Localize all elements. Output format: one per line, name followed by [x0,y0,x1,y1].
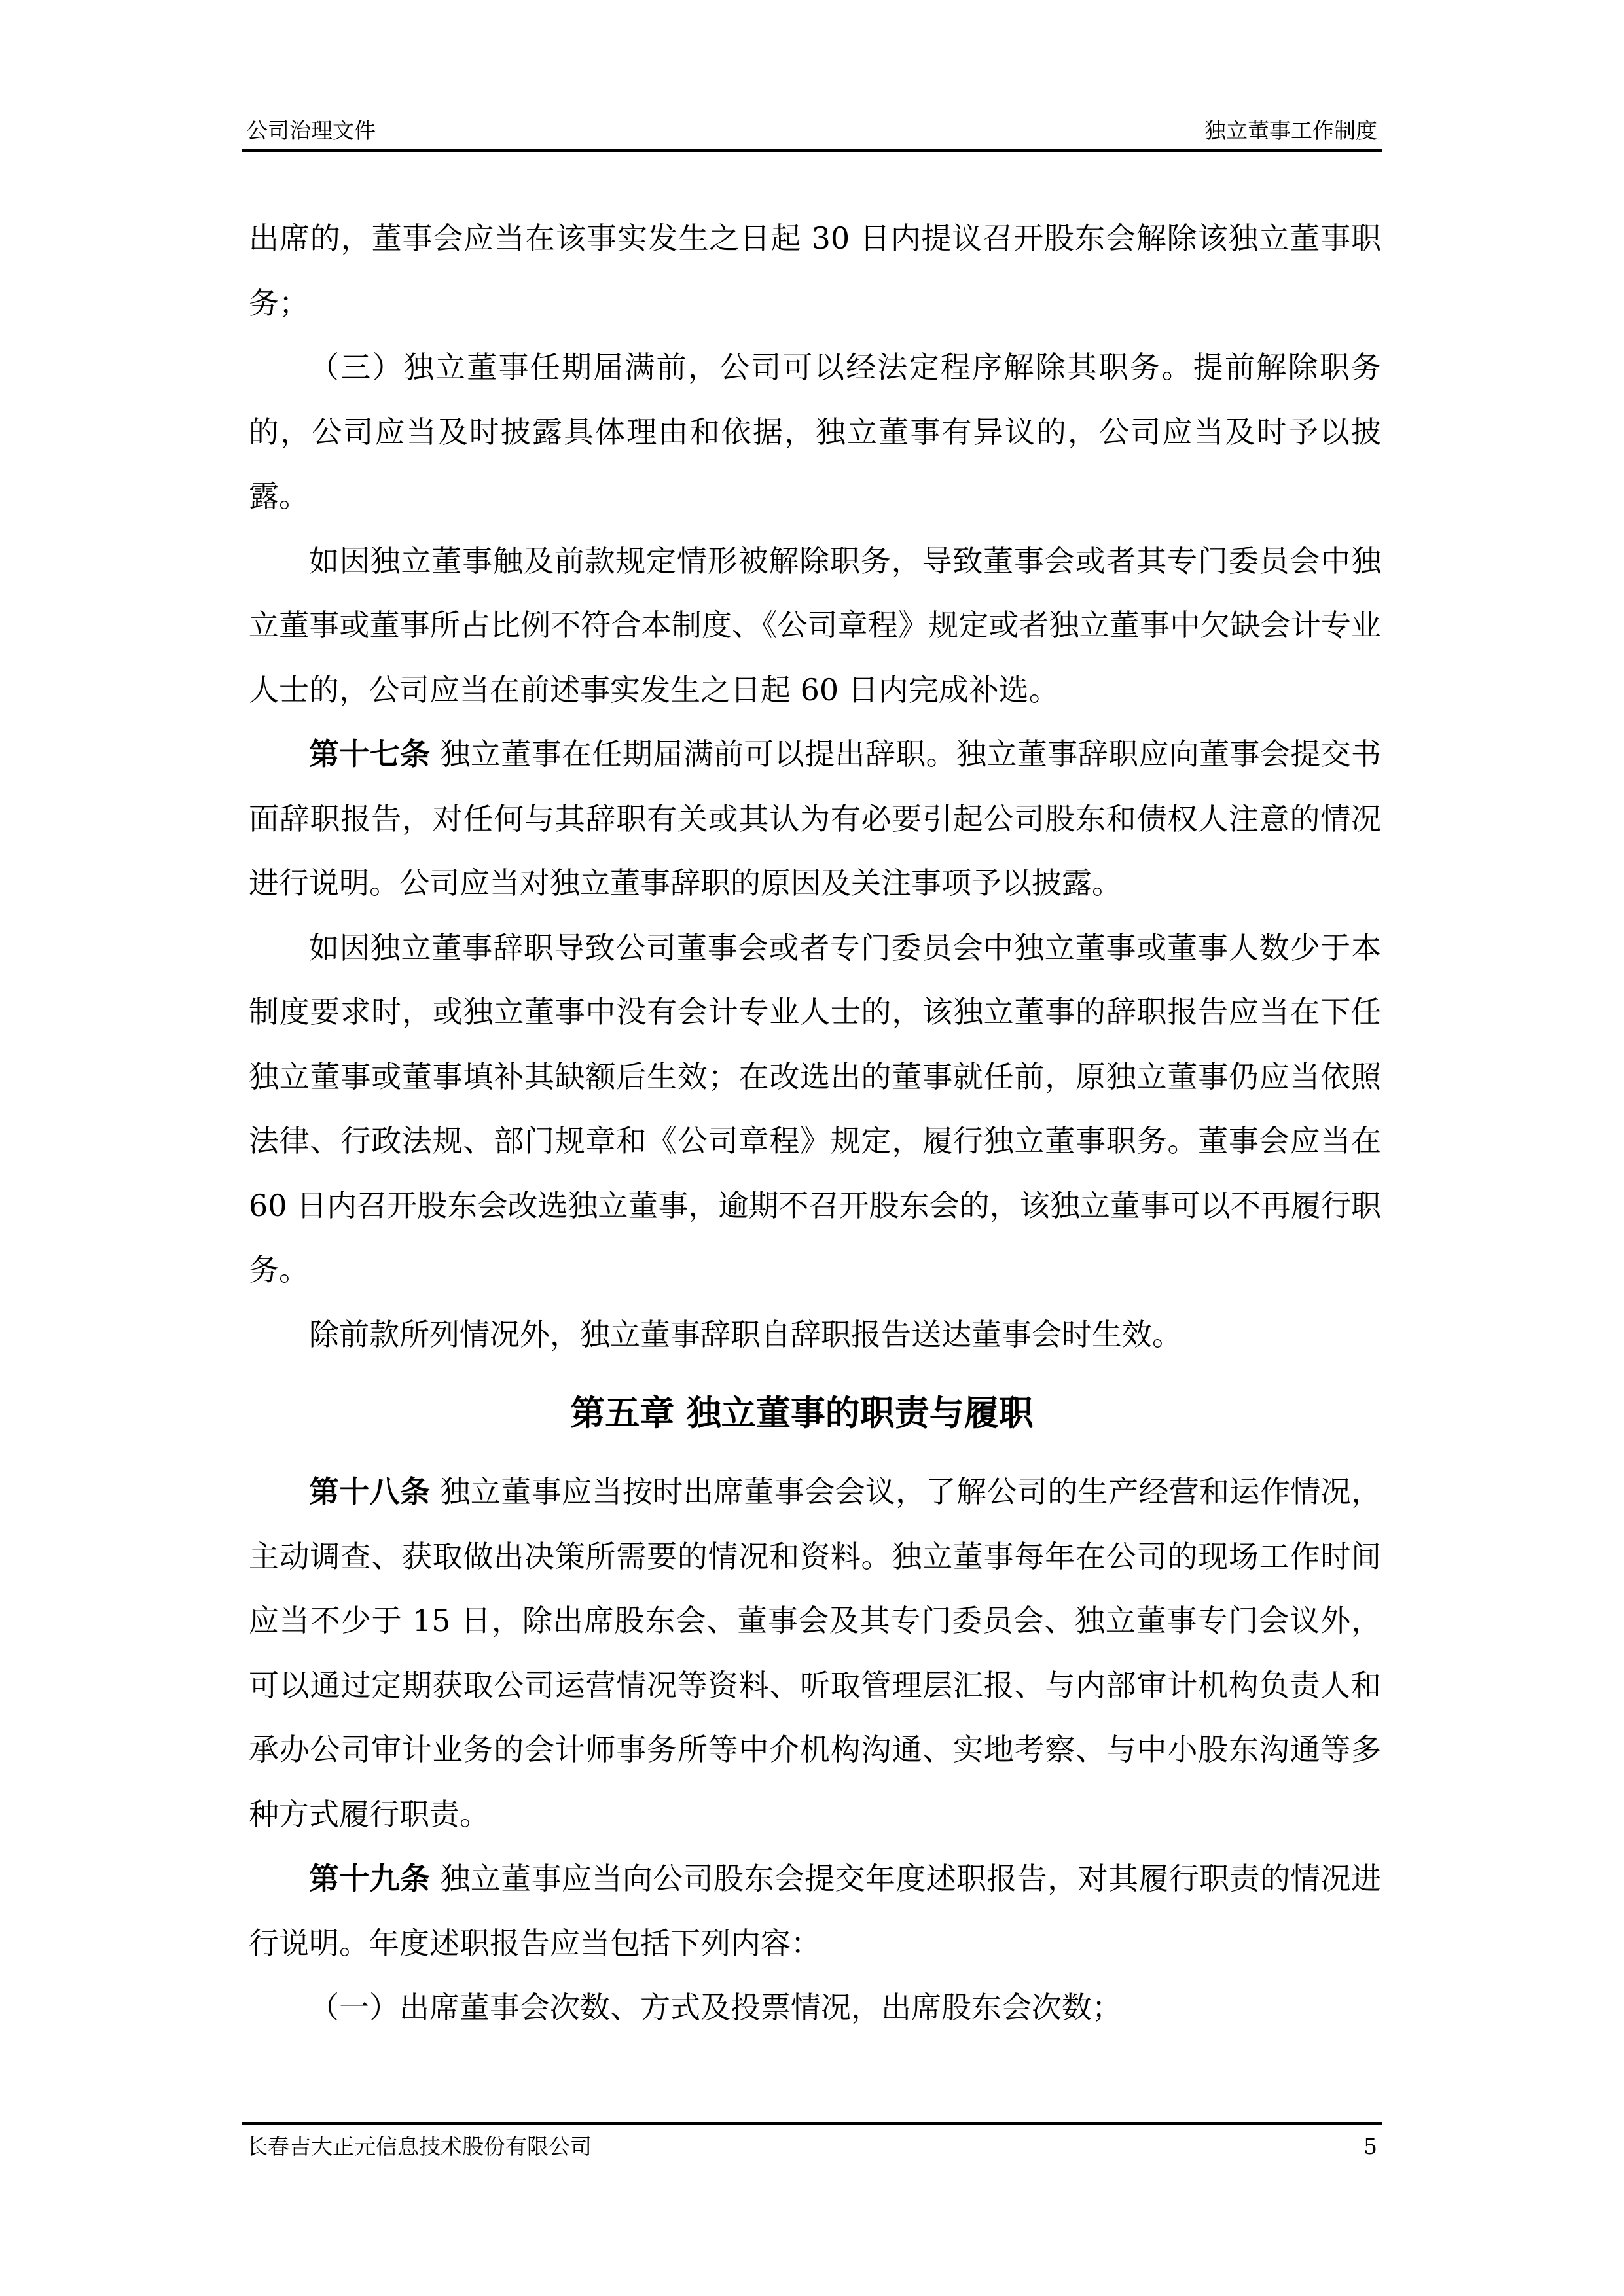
page-footer: 长春吉大正元信息技术股份有限公司 5 [242,2131,1382,2164]
header-document-category: 公司治理文件 [246,118,376,144]
article-18-text: 独立董事应当按时出席董事会会议，了解公司的生产经营和运作情况，主动调查、获取做出… [249,1474,1381,1832]
article-18-label: 第十八条 [309,1474,431,1509]
header-document-title: 独立董事工作制度 [1204,118,1377,144]
article-17-label: 第十七条 [309,736,431,772]
footer-company-name: 长春吉大正元信息技术股份有限公司 [246,2134,592,2160]
paragraph-resignation-effect: 如因独立董事辞职导致公司董事会或者专门委员会中独立董事或董事人数少于本制度要求时… [249,916,1381,1302]
paragraph-by-election: 如因独立董事触及前款规定情形被解除职务，导致董事会或者其专门委员会中独立董事或董… [249,529,1381,723]
page-header: 公司治理文件 独立董事工作制度 [242,111,1382,152]
chapter-title: 第五章 独立董事的职责与履职 [249,1381,1381,1445]
article-18: 第十八条 独立董事应当按时出席董事会会议，了解公司的生产经营和运作情况，主动调查… [249,1460,1381,1846]
document-body: 出席的，董事会应当在该事实发生之日起 30 日内提议召开股东会解除该独立董事职务… [249,206,1381,2040]
article-19-label: 第十九条 [309,1861,431,1896]
list-item-one: （一）出席董事会次数、方式及投票情况，出席股东会次数； [249,1975,1381,2040]
footer-divider [242,2122,1382,2125]
paragraph-item-three: （三）独立董事任期届满前，公司可以经法定程序解除其职务。提前解除职务的，公司应当… [249,335,1381,529]
page-number: 5 [1363,2134,1377,2160]
paragraph-resignation-default: 除前款所列情况外，独立董事辞职自辞职报告送达董事会时生效。 [249,1302,1381,1367]
article-17: 第十七条 独立董事在任期届满前可以提出辞职。独立董事辞职应向董事会提交书面辞职报… [249,722,1381,916]
header-divider [242,149,1382,152]
article-19: 第十九条 独立董事应当向公司股东会提交年度述职报告，对其履行职责的情况进行说明。… [249,1846,1381,1975]
paragraph-continuation: 出席的，董事会应当在该事实发生之日起 30 日内提议召开股东会解除该独立董事职务… [249,206,1381,335]
